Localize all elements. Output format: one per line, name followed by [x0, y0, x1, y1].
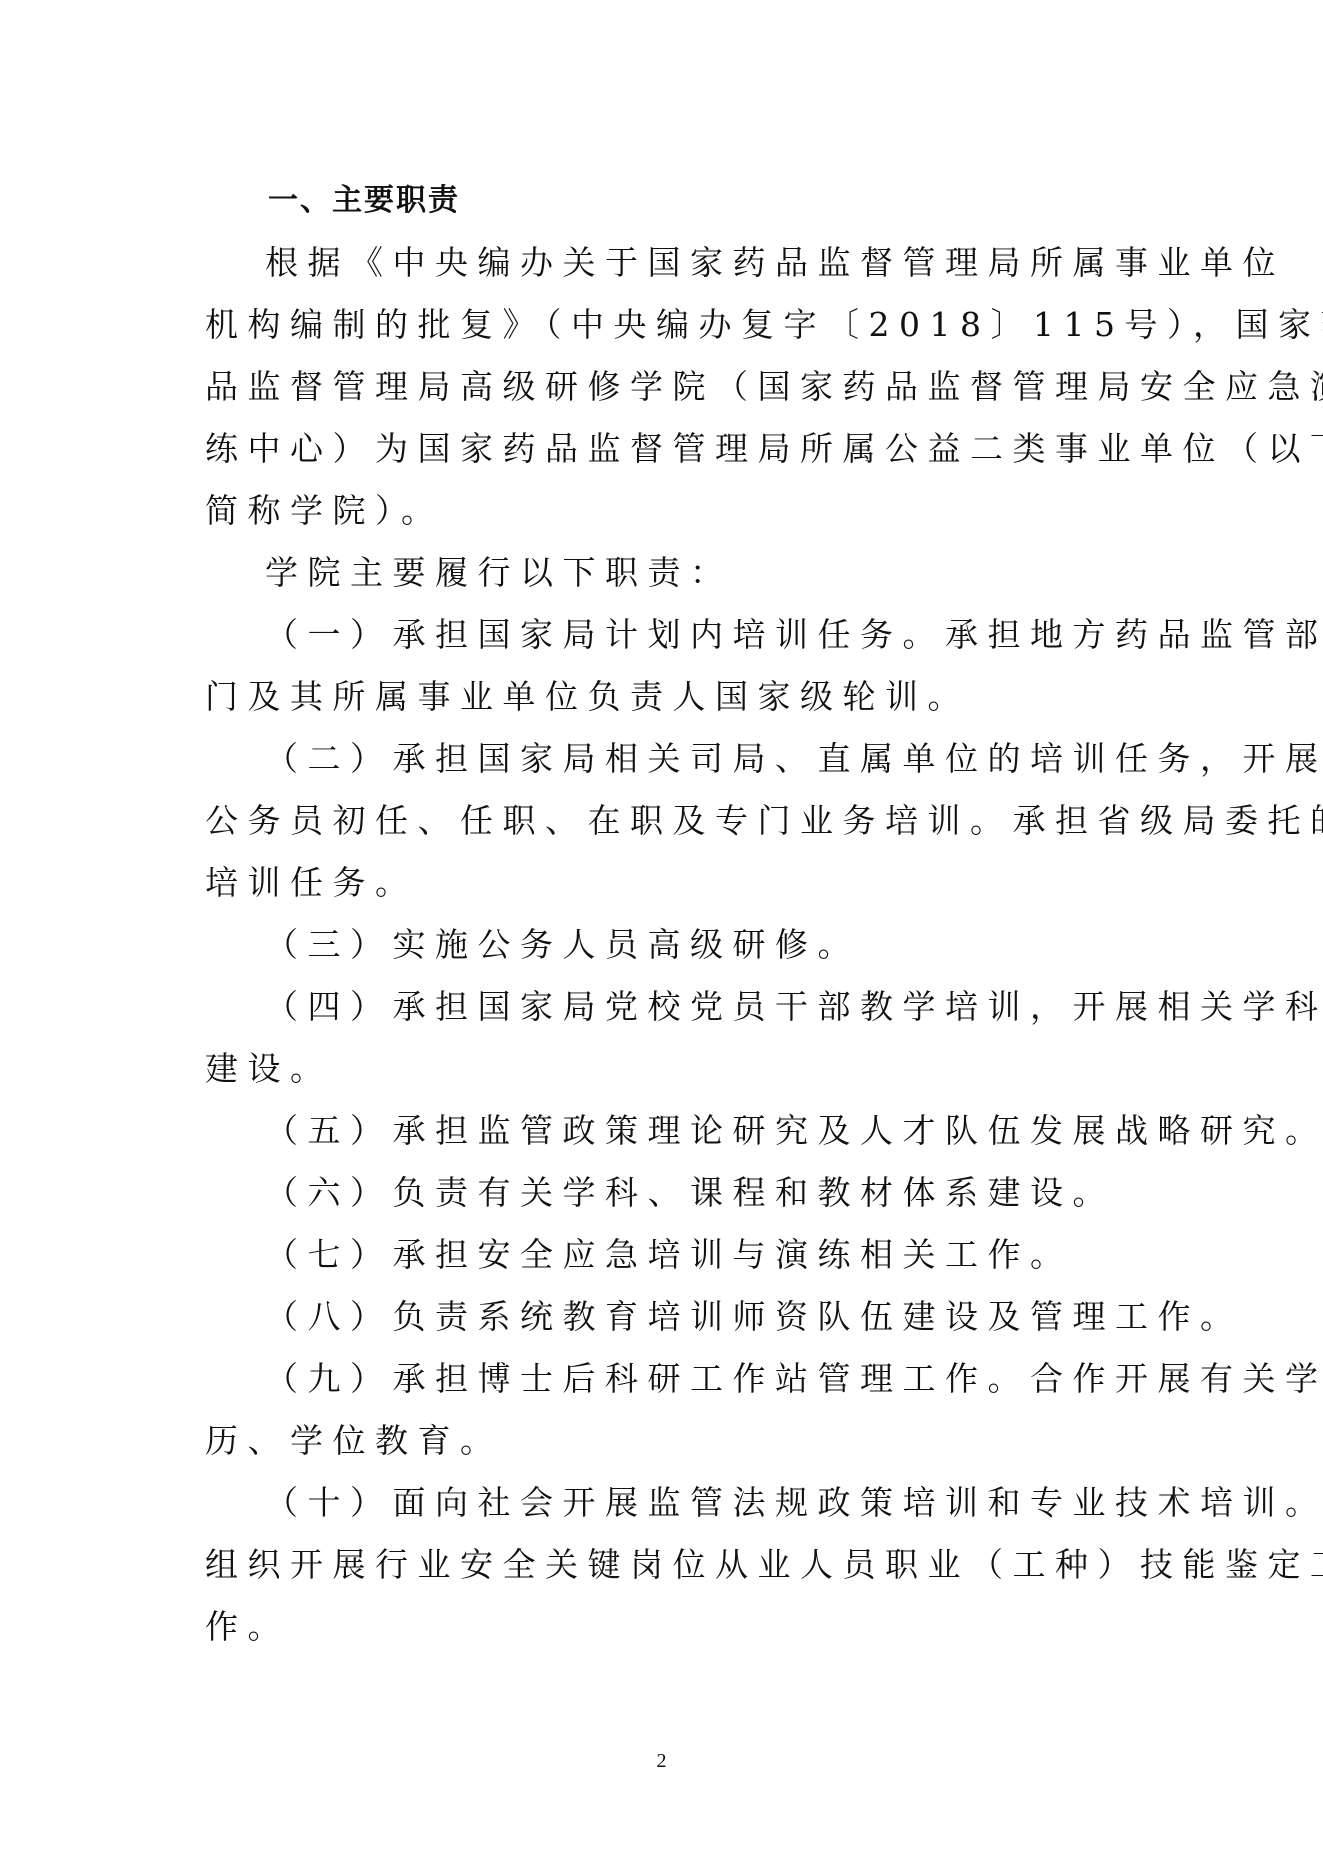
duty-item-7: （七）承担安全应急培训与演练相关工作。 — [205, 1224, 1125, 1286]
text-line: （七）承担安全应急培训与演练相关工作。 — [205, 1224, 1125, 1286]
text-line: （八）负责系统教育培训师资队伍建设及管理工作。 — [205, 1286, 1125, 1348]
duty-item-1: （一）承担国家局计划内培训任务。承担地方药品监管部 门及其所属事业单位负责人国家… — [205, 604, 1125, 728]
text-line: 建设。 — [205, 1038, 1125, 1100]
text-line: 历、学位教育。 — [205, 1410, 1125, 1472]
text-line: （九）承担博士后科研工作站管理工作。合作开展有关学 — [205, 1348, 1125, 1410]
paragraph-duties-lead: 学院主要履行以下职责： — [205, 542, 1125, 604]
text-line: 根据《中央编办关于国家药品监督管理局所属事业单位 — [205, 232, 1125, 294]
page-number: 2 — [0, 1750, 1323, 1773]
duty-item-4: （四）承担国家局党校党员干部教学培训，开展相关学科 建设。 — [205, 976, 1125, 1100]
duty-item-10: （十）面向社会开展监管法规政策培训和专业技术培训。 组织开展行业安全关键岗位从业… — [205, 1472, 1125, 1658]
duty-item-5: （五）承担监管政策理论研究及人才队伍发展战略研究。 — [205, 1100, 1125, 1162]
text-line: （五）承担监管政策理论研究及人才队伍发展战略研究。 — [205, 1100, 1125, 1162]
duty-item-6: （六）负责有关学科、课程和教材体系建设。 — [205, 1162, 1125, 1224]
section-heading: 一、主要职责 — [205, 170, 1125, 232]
text-line: 作。 — [205, 1596, 1125, 1658]
text-line: （十）面向社会开展监管法规政策培训和专业技术培训。 — [205, 1472, 1125, 1534]
text-line: 组织开展行业安全关键岗位从业人员职业（工种）技能鉴定工 — [205, 1534, 1125, 1596]
duty-item-3: （三）实施公务人员高级研修。 — [205, 914, 1125, 976]
text-line: （四）承担国家局党校党员干部教学培训，开展相关学科 — [205, 976, 1125, 1038]
text-line: 公务员初任、任职、在职及专门业务培训。承担省级局委托的 — [205, 790, 1125, 852]
text-line: （一）承担国家局计划内培训任务。承担地方药品监管部 — [205, 604, 1125, 666]
text-line: 门及其所属事业单位负责人国家级轮训。 — [205, 666, 1125, 728]
text-line: （六）负责有关学科、课程和教材体系建设。 — [205, 1162, 1125, 1224]
duty-item-2: （二）承担国家局相关司局、直属单位的培训任务，开展 公务员初任、任职、在职及专门… — [205, 728, 1125, 914]
text-line: （三）实施公务人员高级研修。 — [205, 914, 1125, 976]
document-page: 一、主要职责 根据《中央编办关于国家药品监督管理局所属事业单位 机构编制的批复》… — [205, 170, 1125, 1658]
duty-item-9: （九）承担博士后科研工作站管理工作。合作开展有关学 历、学位教育。 — [205, 1348, 1125, 1472]
paragraph-intro: 根据《中央编办关于国家药品监督管理局所属事业单位 机构编制的批复》（中央编办复字… — [205, 232, 1125, 542]
text-line: 学院主要履行以下职责： — [205, 542, 1125, 604]
text-line: 机构编制的批复》（中央编办复字〔2018〕115号），国家药 — [205, 294, 1125, 356]
text-line: 简称学院）。 — [205, 480, 1125, 542]
duty-item-8: （八）负责系统教育培训师资队伍建设及管理工作。 — [205, 1286, 1125, 1348]
text-line: 品监督管理局高级研修学院（国家药品监督管理局安全应急演 — [205, 356, 1125, 418]
text-line: 练中心）为国家药品监督管理局所属公益二类事业单位（以下 — [205, 418, 1125, 480]
text-line: （二）承担国家局相关司局、直属单位的培训任务，开展 — [205, 728, 1125, 790]
text-line: 培训任务。 — [205, 852, 1125, 914]
